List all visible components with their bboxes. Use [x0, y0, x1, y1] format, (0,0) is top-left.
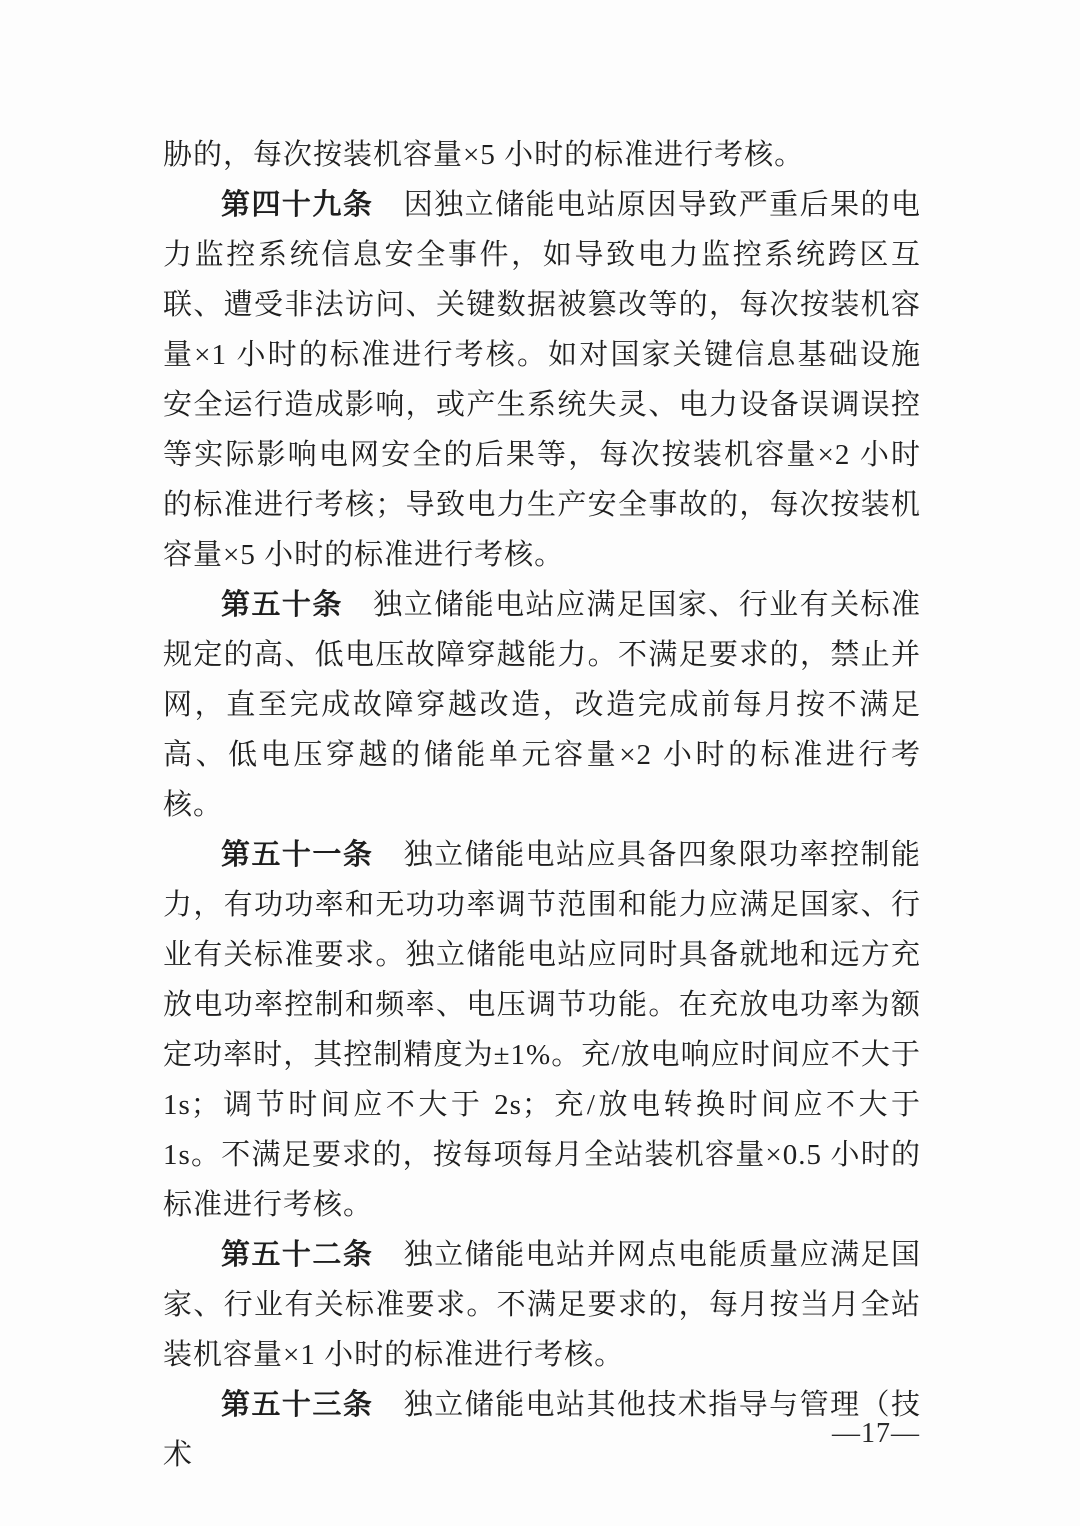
article-number: 第五十条 [221, 589, 343, 621]
paragraph-text: 胁的，每次按装机容量×5 小时的标准进行考核。 [163, 139, 804, 171]
article-number: 第五十一条 [221, 839, 373, 871]
paragraph-article-52: 第五十二条 独立储能电站并网点电能质量应满足国家、行业有关标准要求。不满足要求的… [163, 1230, 921, 1380]
article-number: 第五十三条 [221, 1389, 373, 1421]
page-footer: —17— [832, 1418, 920, 1450]
document-page: 胁的，每次按装机容量×5 小时的标准进行考核。 第四十九条 因独立储能电站原因导… [0, 0, 1080, 1526]
paragraph-article-50: 第五十条 独立储能电站应满足国家、行业有关标准规定的高、低电压故障穿越能力。不满… [163, 580, 921, 830]
paragraph-text: 独立储能电站应满足国家、行业有关标准规定的高、低电压故障穿越能力。不满足要求的，… [163, 589, 921, 821]
document-body: 胁的，每次按装机容量×5 小时的标准进行考核。 第四十九条 因独立储能电站原因导… [163, 130, 921, 1480]
article-number: 第四十九条 [221, 189, 373, 221]
article-number: 第五十二条 [221, 1239, 373, 1271]
paragraph-article-51: 第五十一条 独立储能电站应具备四象限功率控制能力，有功功率和无功功率调节范围和能… [163, 830, 921, 1230]
paragraph-text: 因独立储能电站原因导致严重后果的电力监控系统信息安全事件，如导致电力监控系统跨区… [163, 189, 921, 571]
paragraph-article-49: 第四十九条 因独立储能电站原因导致严重后果的电力监控系统信息安全事件，如导致电力… [163, 180, 921, 580]
paragraph-article-53: 第五十三条 独立储能电站其他技术指导与管理（技术 [163, 1380, 921, 1480]
paragraph-continuation: 胁的，每次按装机容量×5 小时的标准进行考核。 [163, 130, 921, 180]
page-number: —17— [832, 1418, 920, 1449]
paragraph-text: 独立储能电站应具备四象限功率控制能力，有功功率和无功功率调节范围和能力应满足国家… [163, 839, 921, 1221]
